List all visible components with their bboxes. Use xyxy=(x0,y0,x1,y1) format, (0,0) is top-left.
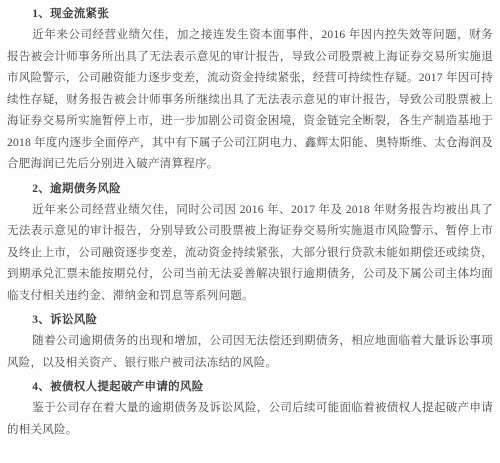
risk-section-litigation: 3、诉讼风险 随着公司逾期债务的出现和增加，公司因无法偿还到期债务，相应地面临着… xyxy=(7,310,493,374)
risk-section-cash-flow: 1、现金流紧张 近年来公司经营业绩欠佳，加之接连发生资本面事件，2016 年因内… xyxy=(7,4,493,176)
risk-section-bankruptcy-petition: 4、被债权人提起破产申请的风险 鉴于公司存在着大量的逾期债务及诉讼风险，公司后续… xyxy=(7,377,493,441)
document-page: 1、现金流紧张 近年来公司经营业绩欠佳，加之接连发生资本面事件，2016 年因内… xyxy=(0,0,500,463)
section-heading: 4、被债权人提起破产申请的风险 xyxy=(7,377,493,398)
section-heading: 2、逾期债务风险 xyxy=(7,179,493,200)
section-paragraph: 鉴于公司存在着大量的逾期债务及诉讼风险，公司后续可能面临着被债权人提起破产申请的… xyxy=(7,398,493,441)
section-paragraph: 近年来公司经营业绩欠佳，加之接连发生资本面事件，2016 年因内控失效等问题，财… xyxy=(7,25,493,176)
risk-section-overdue-debt: 2、逾期债务风险 近年来公司经营业绩欠佳，同时公司因 2016 年、2017 年… xyxy=(7,179,493,308)
section-paragraph: 随着公司逾期债务的出现和增加，公司因无法偿还到期债务，相应地面临着大量诉讼事项风… xyxy=(7,331,493,374)
section-heading: 3、诉讼风险 xyxy=(7,310,493,331)
section-heading: 1、现金流紧张 xyxy=(7,4,493,25)
section-paragraph: 近年来公司经营业绩欠佳，同时公司因 2016 年、2017 年及 2018 年财… xyxy=(7,200,493,308)
